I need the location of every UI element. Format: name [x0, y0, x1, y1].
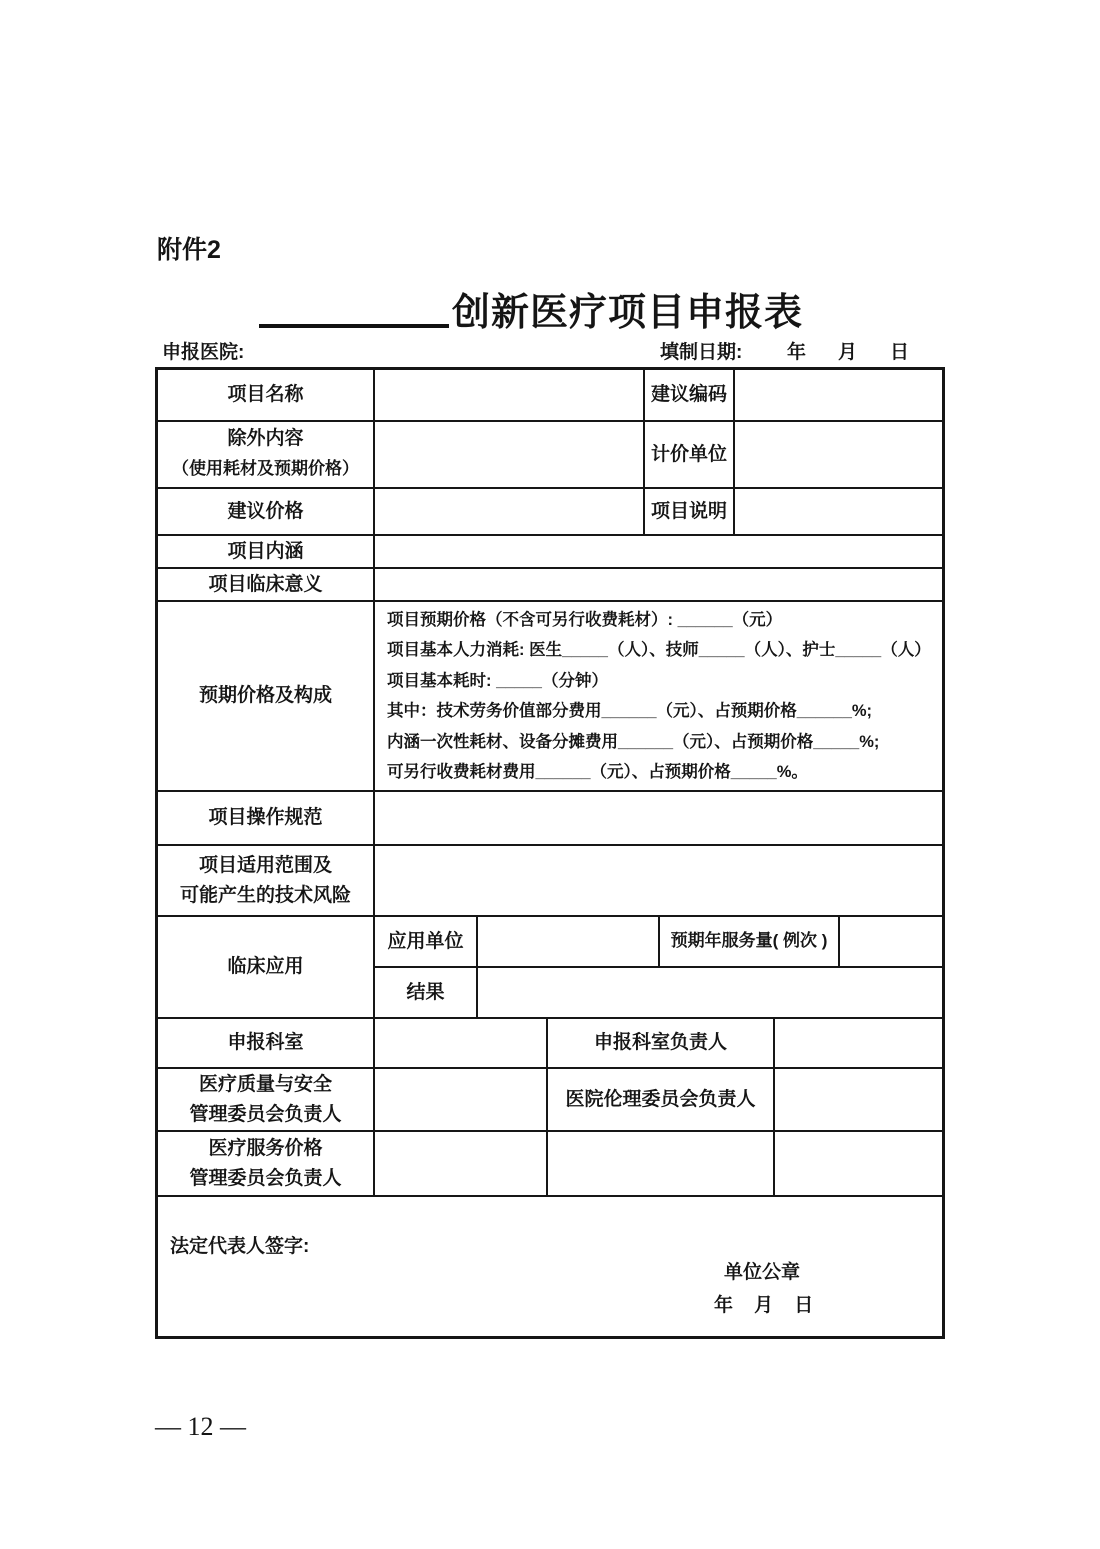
row-price-committee: 医疗服务价格 管理委员会负责人: [158, 1132, 942, 1197]
seal-date-line: 年 月 日: [714, 1290, 813, 1317]
expected-price-content: 项目预期价格（不含可另行收费耗材）: ______（元） 项目基本人力消耗: 医…: [375, 602, 942, 790]
row-quality-safety-committee: 医疗质量与安全 管理委员会负责人 医院伦理委员会负责人: [158, 1069, 942, 1132]
clinical-application-subrow-2: 结果: [375, 968, 942, 1017]
row-signature: 法定代表人签字: 单位公章 年 月 日: [158, 1197, 942, 1336]
result-value-cell: [478, 968, 942, 1017]
expected-price-line-6: 可另行收费耗材费用______（元）、占预期价格_____%。: [387, 757, 808, 788]
application-form-table: 项目名称 建议编码 除外内容 （使用耗材及预期价格） 计价单位 建议价格 项目说…: [155, 367, 945, 1339]
expected-price-line-1: 项目预期价格（不含可另行收费耗材）: ______（元）: [387, 605, 782, 636]
row-project-name: 项目名称 建议编码: [158, 370, 942, 422]
ethics-committee-value-cell: [775, 1069, 942, 1130]
expected-price-line-2: 项目基本人力消耗: 医生_____（人）、技师_____（人）、护士_____（…: [387, 635, 931, 666]
header-month-label: 月: [838, 337, 857, 364]
department-head-value-cell: [775, 1019, 942, 1067]
row12-middle-empty-cell: [548, 1132, 775, 1195]
operation-standard-label: 项目操作规范: [158, 792, 375, 844]
title-blank-underline: [259, 288, 449, 328]
row-applying-department: 申报科室 申报科室负责人: [158, 1019, 942, 1069]
suggested-price-label: 建议价格: [158, 489, 375, 534]
price-committee-label: 医疗服务价格 管理委员会负责人: [158, 1132, 375, 1195]
header-day-label: 日: [890, 337, 909, 364]
fill-date-label: 填制日期:: [660, 337, 742, 364]
row-suggested-price: 建议价格 项目说明: [158, 489, 942, 536]
row-clinical-significance: 项目临床意义: [158, 569, 942, 602]
clinical-application-subrow-1: 应用单位 预期年服务量( 例次 ): [375, 917, 942, 968]
scope-and-risk-value-cell: [375, 846, 942, 915]
pricing-unit-label: 计价单位: [645, 422, 735, 487]
row-project-connotation: 项目内涵: [158, 536, 942, 569]
row-scope-and-risk: 项目适用范围及 可能产生的技术风险: [158, 846, 942, 917]
header-year-label: 年: [787, 337, 806, 364]
scanned-form-page: 附件2 创新医疗项目申报表 申报医院: 填制日期: 年 月 日 项目名称 建议编…: [0, 0, 1100, 1549]
project-connotation-label: 项目内涵: [158, 536, 375, 567]
clinical-significance-label: 项目临床意义: [158, 569, 375, 600]
scope-and-risk-label: 项目适用范围及 可能产生的技术风险: [158, 846, 375, 915]
price-committee-value-cell: [375, 1132, 548, 1195]
clinical-application-label: 临床应用: [158, 917, 375, 1017]
expected-price-line-5: 内涵一次性耗材、设备分摊费用______（元）、占预期价格_____%;: [387, 727, 879, 758]
project-connotation-value-cell: [375, 536, 942, 567]
project-name-value-cell: [375, 370, 645, 420]
row12-right-empty-cell: [775, 1132, 942, 1195]
quality-safety-committee-label: 医疗质量与安全 管理委员会负责人: [158, 1069, 375, 1130]
applying-department-value-cell: [375, 1019, 548, 1067]
row-clinical-application: 临床应用 应用单位 预期年服务量( 例次 ) 结果: [158, 917, 942, 1019]
result-label: 结果: [375, 968, 478, 1017]
page-number: — 12 —: [155, 1412, 246, 1442]
quality-safety-committee-value-cell: [375, 1069, 548, 1130]
expected-annual-volume-value-cell: [840, 917, 942, 966]
clinical-significance-value-cell: [375, 569, 942, 600]
expected-price-line-3: 项目基本耗时: _____（分钟）: [387, 666, 608, 697]
row-expected-price-composition: 预期价格及构成 项目预期价格（不含可另行收费耗材）: ______（元） 项目基…: [158, 602, 942, 792]
hospital-label: 申报医院:: [162, 337, 244, 364]
project-description-label: 项目说明: [645, 489, 735, 534]
suggested-code-value-cell: [735, 370, 942, 420]
expected-price-label: 预期价格及构成: [158, 602, 375, 790]
suggested-price-value-cell: [375, 489, 645, 534]
attachment-label: 附件2: [157, 230, 221, 266]
applying-department-label: 申报科室: [158, 1019, 375, 1067]
application-unit-label: 应用单位: [375, 917, 478, 966]
expected-price-line-4: 其中：技术劳务价值部分费用______（元）、占预期价格______%;: [387, 696, 872, 727]
application-unit-value-cell: [478, 917, 660, 966]
excluded-content-label: 除外内容 （使用耗材及预期价格）: [158, 422, 375, 487]
legal-representative-signature-label: 法定代表人签字:: [170, 1231, 309, 1258]
row-excluded-content: 除外内容 （使用耗材及预期价格） 计价单位: [158, 422, 942, 489]
form-title: 创新医疗项目申报表: [452, 281, 803, 336]
operation-standard-value-cell: [375, 792, 942, 844]
department-head-label: 申报科室负责人: [548, 1019, 775, 1067]
ethics-committee-label: 医院伦理委员会负责人: [548, 1069, 775, 1130]
project-description-value-cell: [735, 489, 942, 534]
row-operation-standard: 项目操作规范: [158, 792, 942, 846]
expected-annual-volume-label: 预期年服务量( 例次 ): [660, 917, 840, 966]
project-name-label: 项目名称: [158, 370, 375, 420]
clinical-application-subtable: 应用单位 预期年服务量( 例次 ) 结果: [375, 917, 942, 1017]
pricing-unit-value-cell: [735, 422, 942, 487]
excluded-content-value-cell: [375, 422, 645, 487]
suggested-code-label: 建议编码: [645, 370, 735, 420]
unit-seal-label: 单位公章: [724, 1257, 800, 1284]
